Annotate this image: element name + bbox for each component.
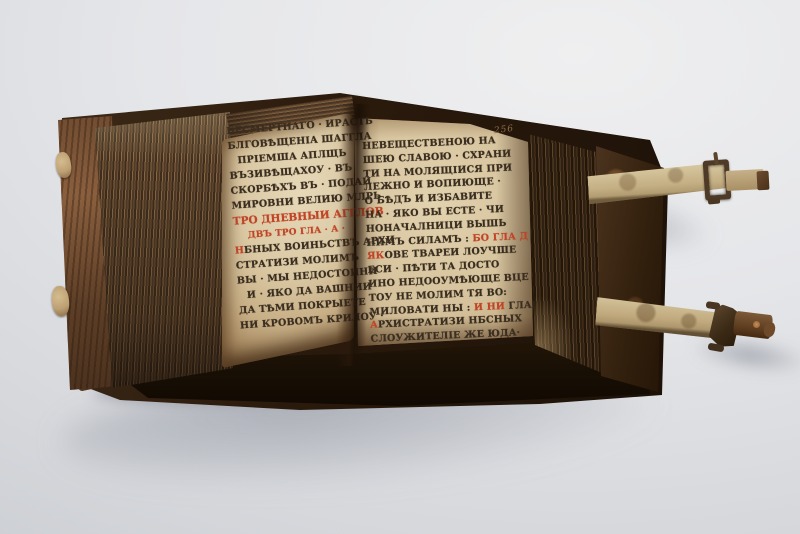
strap-bottom-end-knob — [763, 321, 777, 338]
right-page-text-block: НЕВЕЩЕСТВЕНОЮ НАШЕЮ СЛАВОЮ · СХРАНИТИ НА… — [362, 133, 533, 347]
strap-top-buckle-pin — [713, 152, 719, 165]
rubric-text-segment: И НИ — [474, 300, 505, 312]
photo-scene: БЕСМЕРТНАГО · ИРАСТЬБЛГОВѢЩЕНІА ШАГГЛАПР… — [0, 0, 800, 534]
strap-bottom-tip-highlight — [753, 321, 760, 328]
rubric-text-segment: ЯК — [367, 251, 385, 263]
strap-bottom-shadow — [686, 330, 800, 381]
strap-top-buckle-foot — [708, 197, 721, 204]
gutter-top-shadow — [344, 94, 368, 148]
strap-bottom-clasp-prong-top — [706, 301, 721, 310]
strap-top-endcap — [757, 171, 770, 191]
rubric-text-segment: БО ГЛА Д — [472, 230, 528, 243]
